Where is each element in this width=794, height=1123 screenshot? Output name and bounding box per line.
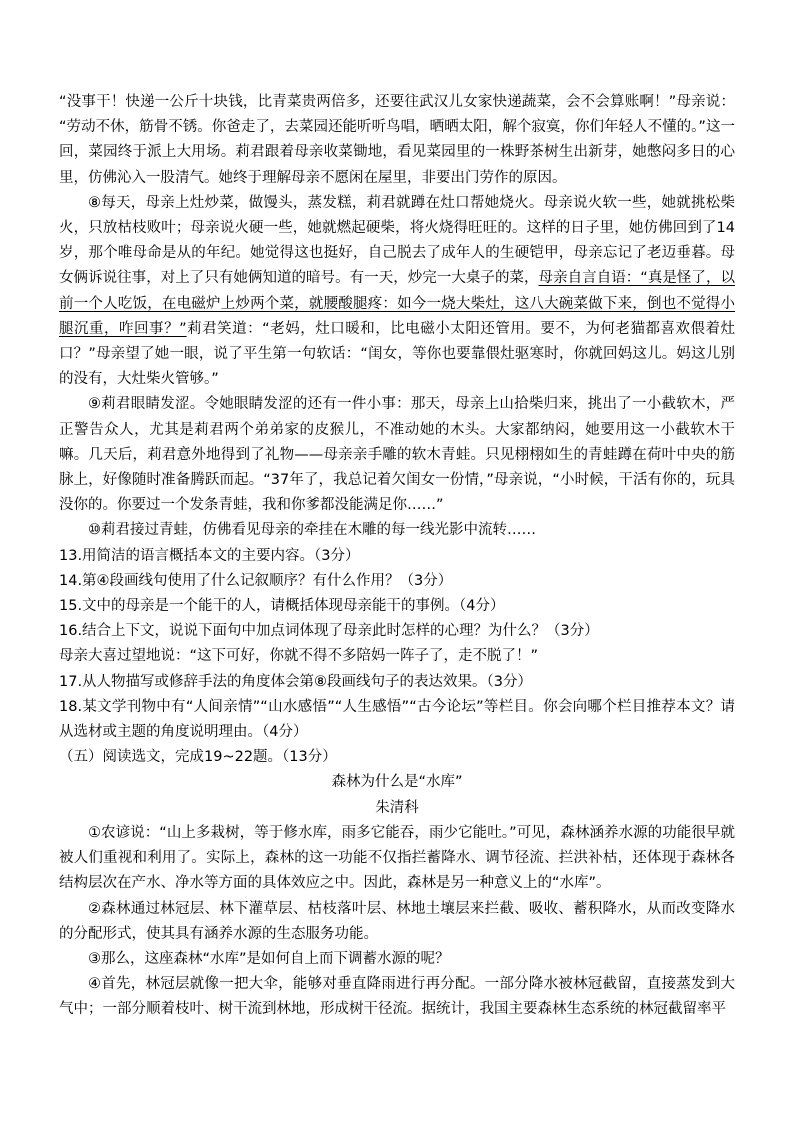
question-18: 18.某文学刊物中有“人间亲情”“山水感悟”“人生感悟”“古今论坛”等栏目。你会… — [59, 695, 735, 745]
question-16: 16.结合上下文，说说下面句中加点词体现了母亲此时怎样的心理？为什么？（3分） — [59, 619, 735, 644]
question-13: 13.用简洁的语言概括本文的主要内容。（3分） — [59, 544, 735, 569]
exam-page: “没事干！快递一公斤十块钱，比青菜贵两倍多，还要往武汉儿女家快递蔬菜，会不会算账… — [0, 0, 794, 1123]
passage2-title: 森林为什么是“水库” — [59, 770, 735, 795]
passage1-paragraph-8: ⑧每天，母亲上灶炒菜，做馒头，蒸发糕，莉君就蹲在灶口帮她烧火。母亲说火软一些，她… — [59, 191, 735, 393]
passage1-continuation-paragraph: “没事干！快递一公斤十块钱，比青菜贵两倍多，还要往武汉儿女家快递蔬菜，会不会算账… — [59, 90, 735, 191]
question-17: 17.从人物描写或修辞手法的角度体会第⑧段画线句子的表达效果。（3分） — [59, 670, 735, 695]
passage2-author: 朱清科 — [59, 796, 735, 821]
passage2-paragraph-3: ③那么，这座森林“水库”是如何自上而下调蓄水源的呢？ — [59, 947, 735, 972]
section-5-header: （五）阅读选文，完成19~22题。（13分） — [59, 745, 735, 770]
exam-content: “没事干！快递一公斤十块钱，比青菜贵两倍多，还要往武汉儿女家快递蔬菜，会不会算账… — [59, 90, 735, 1023]
passage2-paragraph-1: ①农谚说：“山上多栽树，等于修水库，雨多它能吞，雨少它能吐。”可见，森林涵养水源… — [59, 821, 735, 897]
passage1-paragraph-9: ⑨莉君眼睛发涩。令她眼睛发涩的还有一件小事：那天，母亲上山拾柴归来，挑出了一小截… — [59, 392, 735, 518]
passage1-paragraph-10: ⑩莉君接过青蛙，仿佛看见母亲的牵挂在木雕的每一线光影中流转…… — [59, 518, 735, 543]
question-15: 15.文中的母亲是一个能干的人，请概括体现母亲能干的事例。（4分） — [59, 594, 735, 619]
passage2-paragraph-4: ④首先，林冠层就像一把大伞，能够对垂直降雨进行再分配。一部分降水被林冠截留，直接… — [59, 972, 735, 1022]
passage2-paragraph-2: ②森林通过林冠层、林下灌草层、枯枝落叶层、林地土壤层来拦截、吸收、蓄积降水，从而… — [59, 897, 735, 947]
question-16-quoted-sentence: 母亲大喜过望地说：“这下可好，你就不得不多陪妈一阵子了，走不脱了！” — [59, 644, 735, 669]
question-14: 14.第④段画线句使用了什么记叙顺序？有什么作用？（3分） — [59, 569, 735, 594]
